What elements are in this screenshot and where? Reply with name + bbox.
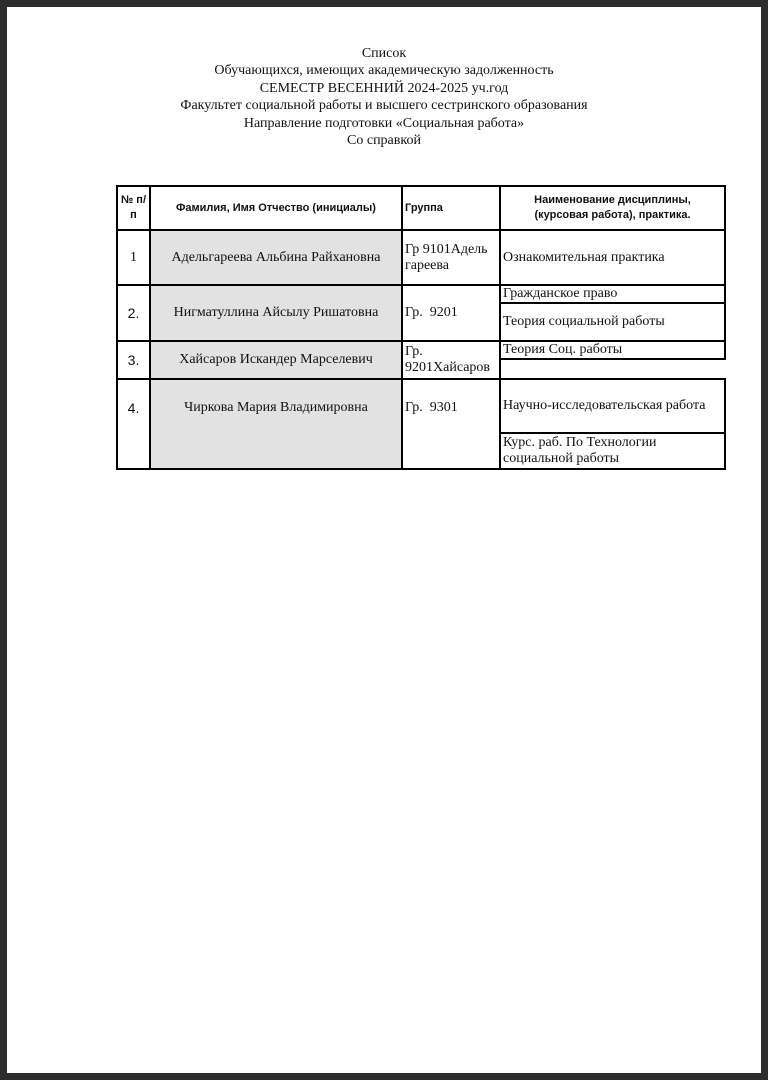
row-2-discipline-1: Гражданское право	[499, 284, 726, 304]
heading-note: Со справкой	[0, 132, 768, 149]
document-heading: Список Обучающихся, имеющих академическу…	[0, 45, 768, 149]
row-3-group: Гр. 9201Хайсаров	[401, 340, 501, 380]
row-2-name: Нигматуллина Айсылу Ришатовна	[149, 284, 403, 342]
row-4-name: Чиркова Мария Владимировна	[149, 378, 403, 470]
header-name: Фамилия, Имя Отчество (инициалы)	[149, 185, 403, 231]
row-1-discipline-1: Ознакомительная практика	[499, 229, 726, 286]
row-2-discipline-2: Теория социальной работы	[499, 302, 726, 342]
row-2-number: 2.	[116, 284, 151, 342]
row-3-discipline-1: Теория Соц. работы	[499, 340, 726, 360]
row-1-number: 1	[116, 229, 151, 286]
row-3-empty-gap	[499, 358, 501, 380]
row-4-discipline-1: Научно-исследовательская работа	[499, 378, 726, 434]
heading-title: Список	[0, 45, 768, 62]
row-3-name: Хайсаров Искандер Марселевич	[149, 340, 403, 380]
heading-subtitle: Обучающихся, имеющих академическую задол…	[0, 62, 768, 79]
heading-direction: Направление подготовки «Социальная работ…	[0, 115, 768, 132]
document-page	[7, 7, 761, 1073]
row-4-group: Гр. 9301	[401, 378, 501, 470]
header-number: № п/ п	[116, 185, 151, 231]
heading-semester: СЕМЕСТР ВЕСЕННИЙ 2024-2025 уч.год	[0, 80, 768, 97]
heading-faculty: Факультет социальной работы и высшего се…	[0, 97, 768, 114]
row-1-name: Адельгареева Альбина Райхановна	[149, 229, 403, 286]
row-4-number: 4.	[116, 378, 151, 470]
row-4-discipline-2: Курс. раб. По Технологии социальной рабо…	[499, 432, 726, 470]
row-2-group: Гр. 9201	[401, 284, 501, 342]
header-group: Группа	[401, 185, 501, 231]
row-1-group: Гр 9101Адель гареева	[401, 229, 501, 286]
header-discipline: Наименование дисциплины, (курсовая работ…	[499, 185, 726, 231]
row-3-number: 3.	[116, 340, 151, 380]
